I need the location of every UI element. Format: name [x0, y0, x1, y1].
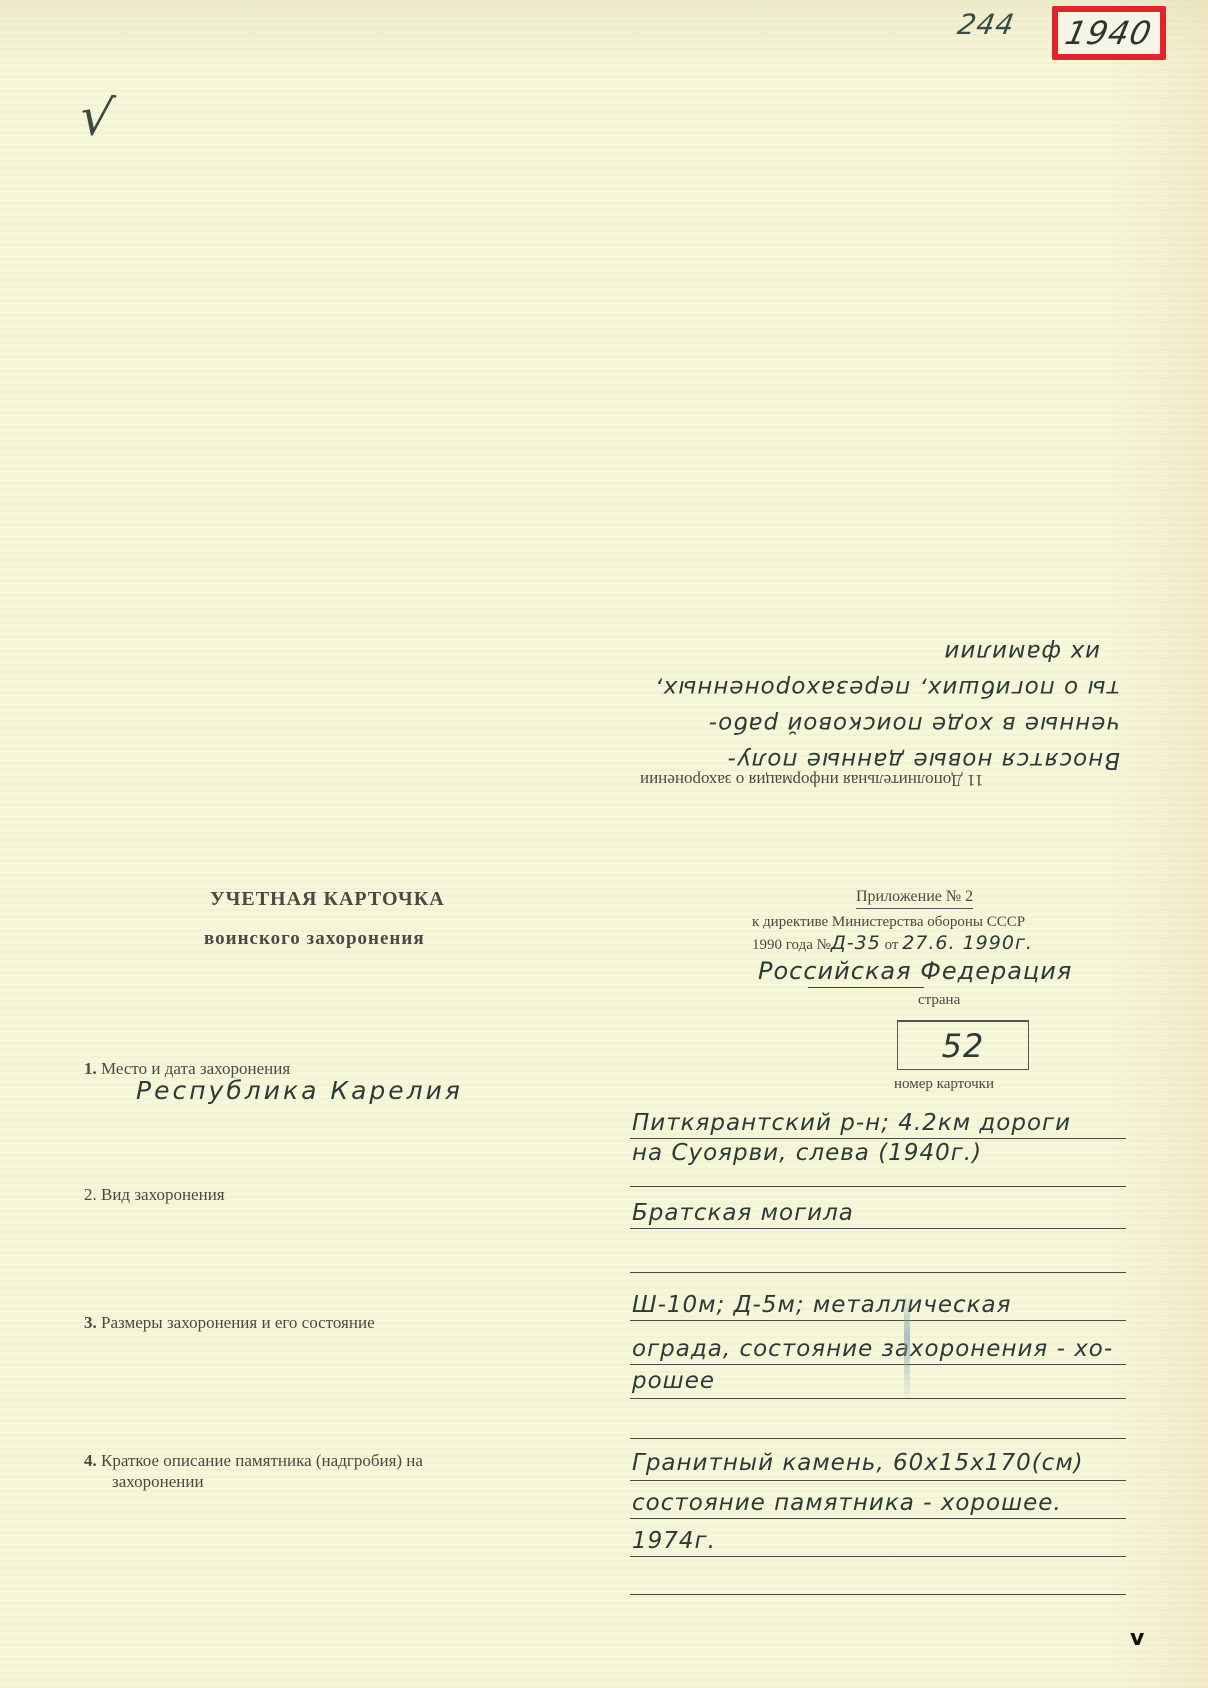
- directive-date: 27.6. 1990г.: [902, 932, 1033, 954]
- card-number-box: 52: [897, 1020, 1029, 1070]
- answer-line: [630, 1138, 1126, 1139]
- field-2-answer: Братская могила: [632, 1200, 854, 1226]
- field-label-text-2: захоронении: [84, 1471, 584, 1492]
- field-3-answer: Ш-10м; Д-5м; металлическая: [632, 1292, 1011, 1318]
- field-number: 1.: [84, 1059, 97, 1078]
- archive-number: 244: [955, 8, 1017, 41]
- field-1-value: Республика Карелия: [136, 1076, 463, 1105]
- additional-info-line: ты о погибших, перезахороненных,: [620, 670, 1120, 706]
- answer-line: [630, 1320, 1126, 1321]
- card-title: УЧЕТНАЯ КАРТОЧКА: [210, 888, 445, 911]
- directive-line-2: 1990 года №Д-35 от 27.6. 1990г.: [752, 932, 1033, 954]
- field-2-label: 2. Вид захоронения: [84, 1184, 225, 1205]
- card-number: 52: [942, 1027, 985, 1065]
- field-4-answer: состояние памятника - хорошее.: [632, 1490, 1062, 1516]
- country-label: страна: [918, 992, 960, 1009]
- answer-line: [630, 1518, 1126, 1519]
- field-label-text: Размеры захоронения и его состояние: [101, 1313, 375, 1332]
- field-3-answer: рошее: [632, 1368, 715, 1394]
- field-number: 4.: [84, 1451, 97, 1470]
- footer-mark: v: [1130, 1626, 1144, 1651]
- directive-number: Д-35: [831, 932, 881, 954]
- additional-info-line: их фамилии: [620, 634, 1120, 670]
- year-stamp: 1940: [1052, 6, 1166, 60]
- answer-line: [630, 1556, 1126, 1557]
- field-number: 2.: [84, 1185, 97, 1204]
- answer-line: [630, 1480, 1126, 1481]
- answer-line: [630, 1594, 1126, 1595]
- field-1-answer: Питкярантский р-н; 4.2км дороги: [632, 1110, 1071, 1136]
- appendix-label: Приложение № 2: [856, 888, 973, 909]
- stamp-year: 1940: [1062, 14, 1156, 52]
- field-1-answer: на Суоярви, слева (1940г.): [632, 1140, 982, 1166]
- card-subtitle: воинского захоронения: [204, 928, 425, 950]
- card-number-label: номер карточки: [894, 1076, 994, 1093]
- field-3-answer: ограда, состояние захоронения - хо-: [632, 1336, 1113, 1362]
- field-label-text: Вид захоронения: [101, 1185, 225, 1204]
- field-4-label: 4. Краткое описание памятника (надгробия…: [84, 1450, 584, 1492]
- check-mark-icon: √: [76, 86, 117, 150]
- field-number: 3.: [84, 1313, 97, 1332]
- answer-line: [630, 1272, 1126, 1273]
- additional-info-title: 11 Дополнительная информация о захоронен…: [640, 770, 983, 790]
- additional-info-line: ченные в ходе поисковой рабо-: [620, 706, 1120, 742]
- answer-line: [630, 1186, 1126, 1187]
- directive-prefix: 1990 года №: [752, 937, 831, 953]
- additional-info-section: Вносятся новые данные полу- ченные в ход…: [620, 608, 1120, 778]
- directive-line-1: к директиве Министерства обороны СССР: [752, 914, 1025, 931]
- field-4-answer: 1974г.: [632, 1528, 716, 1554]
- country-value: Российская Федерация: [758, 957, 1072, 985]
- ink-stain: [904, 1292, 910, 1402]
- field-4-answer: Гранитный камень, 60х15х170(см): [632, 1450, 1084, 1476]
- answer-line: [630, 1364, 1126, 1365]
- field-label-text: Краткое описание памятника (надгробия) н…: [101, 1451, 423, 1470]
- country-underline: [808, 987, 924, 988]
- answer-line: [630, 1398, 1126, 1399]
- answer-line: [630, 1228, 1126, 1229]
- answer-line: [630, 1438, 1126, 1439]
- field-3-label: 3. Размеры захоронения и его состояние: [84, 1312, 375, 1333]
- directive-date-prefix: от: [885, 937, 899, 953]
